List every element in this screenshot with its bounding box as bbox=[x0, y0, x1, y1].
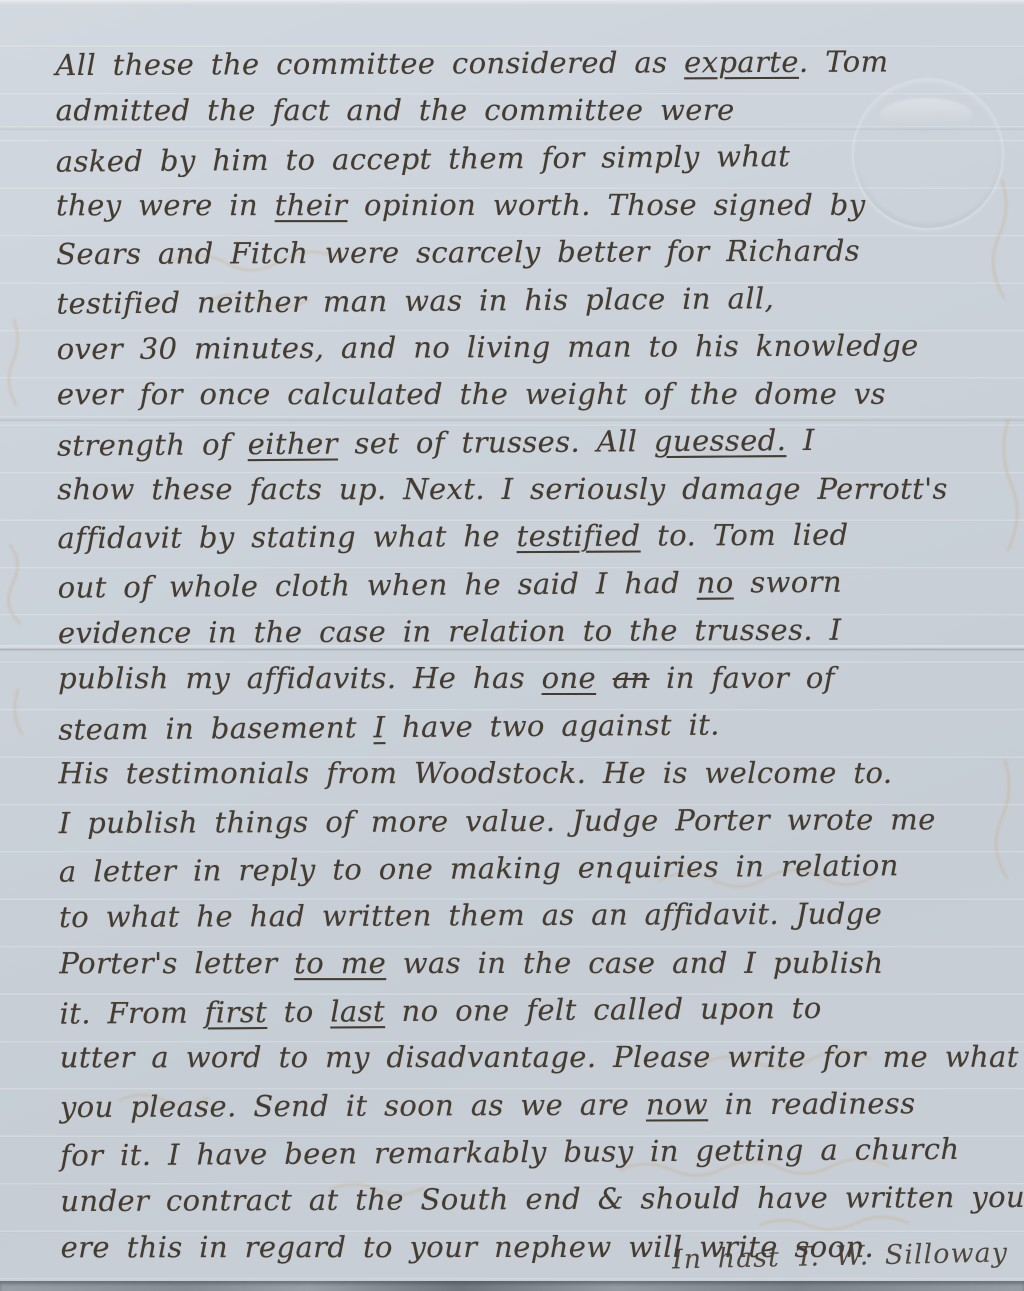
letter-text: was in the case and I publish bbox=[386, 945, 883, 979]
letter-text: you please. Send it soon as we are bbox=[60, 1087, 646, 1124]
letter-text: set of trusses. All bbox=[338, 424, 654, 460]
letter-text: His testimonials from Woodstock. He is w… bbox=[59, 756, 893, 790]
letter-line: to what he had written them as an affida… bbox=[59, 890, 1011, 941]
letter-text: affidavit by stating what he bbox=[57, 520, 516, 556]
letter-line: ever for once calculated the weight of t… bbox=[57, 371, 1009, 419]
letter-line: out of whole cloth when he said I had no… bbox=[58, 557, 1010, 611]
letter-text: I publish things of more value. Judge Po… bbox=[59, 802, 936, 840]
letter-line: I publish things of more value. Judge Po… bbox=[59, 795, 1011, 846]
struck-out-word: an bbox=[613, 661, 650, 695]
letter-line: a letter in reply to one making enquirie… bbox=[59, 841, 1011, 895]
letter-line: Sears and Fitch were scarcely better for… bbox=[56, 227, 1008, 278]
letter-text: in readiness bbox=[708, 1086, 916, 1121]
letter-text: no one felt called upon to bbox=[385, 991, 822, 1028]
letter-lines: All these the committee considered as ex… bbox=[55, 38, 1012, 1273]
letter-line: publish my affidavits. He has one an in … bbox=[58, 655, 1010, 703]
letter-text: utter a word to my disadvantage. Please … bbox=[60, 1040, 1019, 1075]
letter-text: under contract at the South end & should… bbox=[60, 1180, 1024, 1218]
letter-text: admitted the fact and the committee were bbox=[56, 93, 735, 127]
letter-text: steam in basement bbox=[58, 710, 373, 746]
letter-line: show these facts up. Next. I seriously d… bbox=[57, 466, 1009, 514]
underlined-word: no bbox=[697, 565, 734, 599]
letter-page: All these the committee considered as ex… bbox=[0, 0, 1024, 1291]
letter-text: they were in bbox=[56, 188, 275, 222]
underlined-word: last bbox=[330, 994, 385, 1028]
letter-line: admitted the fact and the committee were bbox=[56, 87, 1008, 135]
letter-line: over 30 minutes, and no living man to hi… bbox=[57, 322, 1009, 373]
letter-line: asked by him to accept them for simply w… bbox=[56, 131, 1008, 185]
letter-text: testified neither man was in his place i… bbox=[56, 281, 774, 320]
letter-line: you please. Send it soon as we are now i… bbox=[60, 1079, 1012, 1130]
underlined-word: I bbox=[373, 710, 385, 744]
letter-line: Porter's letter to me was in the case an… bbox=[59, 939, 1011, 987]
letter-line: testified neither man was in his place i… bbox=[56, 273, 1008, 327]
underlined-word: guessed. bbox=[654, 423, 787, 458]
page-bottom-edge bbox=[0, 1281, 1024, 1291]
letter-text: strength of bbox=[57, 427, 248, 462]
letter-line: utter a word to my disadvantage. Please … bbox=[60, 1034, 1012, 1082]
letter-text: All these the committee considered as bbox=[55, 45, 684, 82]
letter-text: have two against it. bbox=[385, 707, 720, 744]
underlined-word: either bbox=[248, 426, 338, 461]
letter-text: ever for once calculated the weight of t… bbox=[57, 377, 886, 411]
letter-line: strength of either set of trusses. All g… bbox=[57, 415, 1009, 469]
letter-text: over 30 minutes, and no living man to hi… bbox=[57, 328, 919, 366]
letter-text: to what he had written them as an affida… bbox=[59, 897, 882, 935]
letter-line: All these the committee considered as ex… bbox=[55, 38, 1007, 89]
letter-text: show these facts up. Next. I seriously d… bbox=[57, 472, 948, 506]
underlined-word: to me bbox=[294, 946, 386, 980]
letter-line: it. From first to last no one felt calle… bbox=[59, 983, 1011, 1037]
letter-text: in favor of bbox=[650, 661, 835, 695]
underlined-word: first bbox=[205, 995, 268, 1029]
letter-text: Porter's letter bbox=[59, 946, 294, 980]
letter-text: asked by him to accept them for simply w… bbox=[56, 139, 791, 179]
underlined-word: exparte bbox=[684, 45, 799, 80]
letter-text: to. Tom lied bbox=[640, 518, 848, 553]
letter-text: for it. I have been remarkably busy in g… bbox=[60, 1132, 960, 1173]
letter-line: evidence in the case in relation to the … bbox=[58, 606, 1010, 657]
letter-line: affidavit by stating what he testified t… bbox=[57, 511, 1009, 562]
letter-text: . Tom bbox=[799, 44, 889, 78]
letter-text: sworn bbox=[734, 564, 843, 599]
page-top-edge bbox=[0, 0, 1024, 5]
underlined-word: their bbox=[275, 188, 348, 222]
letter-text: publish my affidavits. He has bbox=[58, 661, 542, 695]
letter-text bbox=[596, 661, 613, 695]
letter-line: His testimonials from Woodstock. He is w… bbox=[59, 750, 1011, 798]
letter-text: opinion worth. Those signed by bbox=[347, 188, 865, 222]
underlined-word: one bbox=[542, 661, 597, 695]
underlined-word: now bbox=[646, 1087, 708, 1121]
letter-text: evidence in the case in relation to the … bbox=[58, 613, 842, 650]
letter-text: it. From bbox=[59, 995, 204, 1030]
letter-text: to bbox=[267, 994, 330, 1028]
letter-line: steam in basement I have two against it. bbox=[58, 699, 1010, 753]
letter-line: they were in their opinion worth. Those … bbox=[56, 182, 1008, 230]
letter-text: Sears and Fitch were scarcely better for… bbox=[56, 234, 860, 272]
underlined-word: testified bbox=[517, 519, 641, 554]
letter-text: I bbox=[786, 423, 815, 457]
letter-line: for it. I have been remarkably busy in g… bbox=[60, 1125, 1012, 1179]
letter-text: out of whole cloth when he said I had bbox=[58, 566, 697, 605]
letter-line: under contract at the South end & should… bbox=[60, 1174, 1012, 1225]
letter-text: a letter in reply to one making enquirie… bbox=[59, 848, 899, 888]
